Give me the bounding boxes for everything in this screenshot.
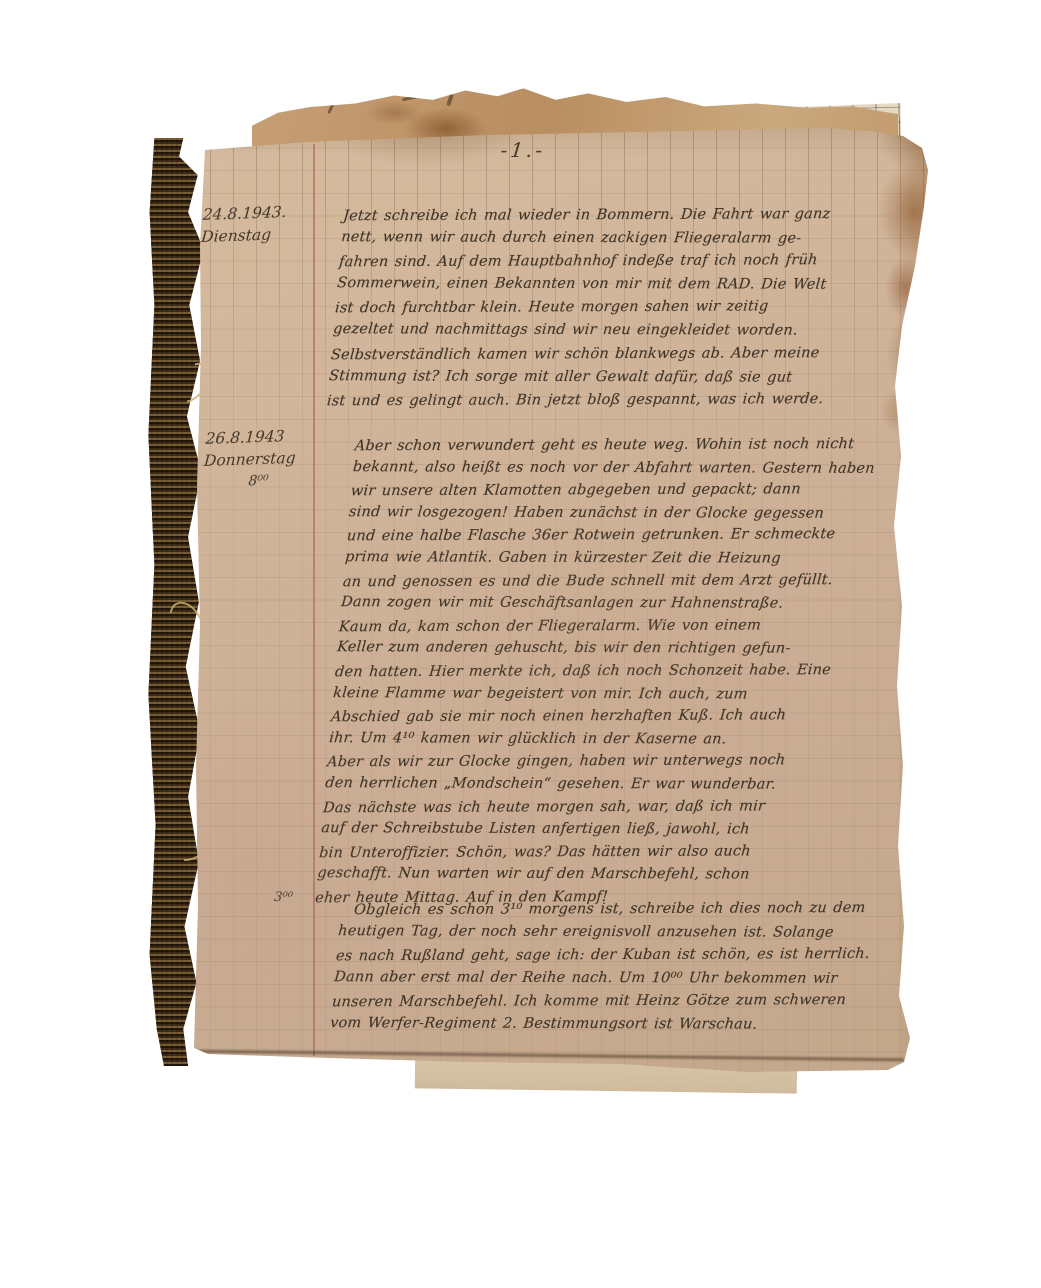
handwritten-line: an und genossen es und die Bude schnell … bbox=[342, 568, 906, 593]
handwritten-line: Abschied gab sie mir noch einen herzhaft… bbox=[330, 704, 894, 729]
handwritten-line: Dann zogen wir mit Geschäftsanlagen zur … bbox=[340, 591, 904, 615]
handwritten-line: nett, wenn wir auch durch einen zackigen… bbox=[340, 226, 904, 251]
entry-2-margin: 26.8.1943 Donnerstag 8⁰⁰ bbox=[202, 424, 319, 494]
handwritten-line: Stimmung ist? Ich sorge mit aller Gewalt… bbox=[328, 365, 892, 390]
handwritten-line: Das nächste was ich heute morgen sah, wa… bbox=[322, 794, 886, 819]
entry-1-margin: 24.8.1943. Dienstag bbox=[200, 200, 315, 248]
handwritten-line: gezeltet und nachmittags sind wir neu ei… bbox=[332, 319, 896, 344]
pencil-mark bbox=[402, 94, 424, 102]
handwritten-line: und eine halbe Flasche 36er Rotwein getr… bbox=[346, 523, 910, 548]
handwritten-line: Aber als wir zur Glocke gingen, haben wi… bbox=[326, 749, 890, 774]
handwritten-line: unseren Marschbefehl. Ich komme mit Hein… bbox=[331, 989, 895, 1014]
handwritten-line: Keller zum anderen gehuscht, bis wir den… bbox=[336, 636, 900, 660]
handwritten-line: geschafft. Nun warten wir auf den Marsch… bbox=[316, 862, 880, 886]
diary-photo: -1.- 24.8.1943. Dienstag Jetzt schreibe … bbox=[0, 0, 1041, 1288]
entry-3-time: 3⁰⁰ bbox=[273, 890, 293, 905]
handwritten-line: vom Werfer-Regiment 2. Bestimmungsort is… bbox=[329, 1012, 893, 1037]
handwritten-line: Sommerwein, einen Bekannten von mir mit … bbox=[336, 272, 900, 297]
handwritten-line: ist und es gelingt auch. Bin jetzt bloß … bbox=[326, 388, 890, 414]
handwritten-line: sind wir losgezogen! Haben zunächst in d… bbox=[348, 501, 912, 525]
handwritten-line: Dann aber erst mal der Reihe nach. Um 10… bbox=[333, 966, 897, 991]
entry-2-time: 8⁰⁰ bbox=[202, 468, 315, 494]
handwritten-line: fahren sind. Auf dem Hauptbahnhof indeße… bbox=[338, 249, 902, 275]
handwritten-line: Aber schon verwundert geht es heute weg.… bbox=[354, 433, 918, 458]
entry-3-text: Obgleich es schon 3¹⁰ morgens ist, schre… bbox=[329, 898, 903, 1036]
handwritten-line: Selbstverständlich kamen wir schön blank… bbox=[330, 341, 894, 367]
handwritten-line: bekannt, also heißt es noch vor der Abfa… bbox=[352, 456, 916, 480]
red-margin-line bbox=[313, 144, 315, 1056]
page-bottom-shadow bbox=[198, 1050, 904, 1062]
handwritten-line: auf der Schreibstube Listen anfertigen l… bbox=[320, 817, 884, 841]
entry-1-text: Jetzt schreibe ich mal wieder in Bommern… bbox=[326, 204, 906, 412]
diary-page: -1.- 24.8.1943. Dienstag Jetzt schreibe … bbox=[188, 126, 932, 1076]
pencil-mark bbox=[327, 100, 335, 114]
handwritten-line: bin Unteroffizier. Schön, was? Das hätte… bbox=[318, 839, 882, 864]
handwritten-line: ist doch furchtbar klein. Heute morgen s… bbox=[334, 295, 898, 321]
handwritten-line: wir unsere alten Klamotten abgegeben und… bbox=[350, 478, 914, 503]
page-number: -1.- bbox=[437, 138, 610, 162]
handwritten-line: ihr. Um 4¹⁰ kamen wir glücklich in der K… bbox=[328, 727, 892, 751]
handwritten-line: den hatten. Hier merkte ich, daß ich noc… bbox=[334, 659, 898, 684]
handwritten-line: es nach Rußland geht, sage ich: der Kuba… bbox=[335, 943, 899, 968]
entry-1-day: Dienstag bbox=[200, 222, 313, 248]
pencil-mark bbox=[446, 94, 454, 107]
handwritten-line: den herrlichen „Mondschein“ gesehen. Er … bbox=[324, 772, 888, 796]
handwritten-line: Obgleich es schon 3¹⁰ morgens ist, schre… bbox=[339, 897, 903, 922]
handwritten-line: prima wie Atlantik. Gaben in kürzester Z… bbox=[344, 546, 908, 570]
handwritten-line: heutigen Tag, der noch sehr ereignisvoll… bbox=[337, 920, 901, 945]
entry-2-text: Aber schon verwundert geht es heute weg.… bbox=[314, 434, 918, 908]
handwritten-line: kleine Flamme war begeistert von mir. Ic… bbox=[332, 682, 896, 706]
handwritten-line: Jetzt schreibe ich mal wieder in Bommern… bbox=[342, 203, 906, 229]
handwritten-line: Kaum da, kam schon der Fliegeralarm. Wie… bbox=[338, 614, 902, 639]
